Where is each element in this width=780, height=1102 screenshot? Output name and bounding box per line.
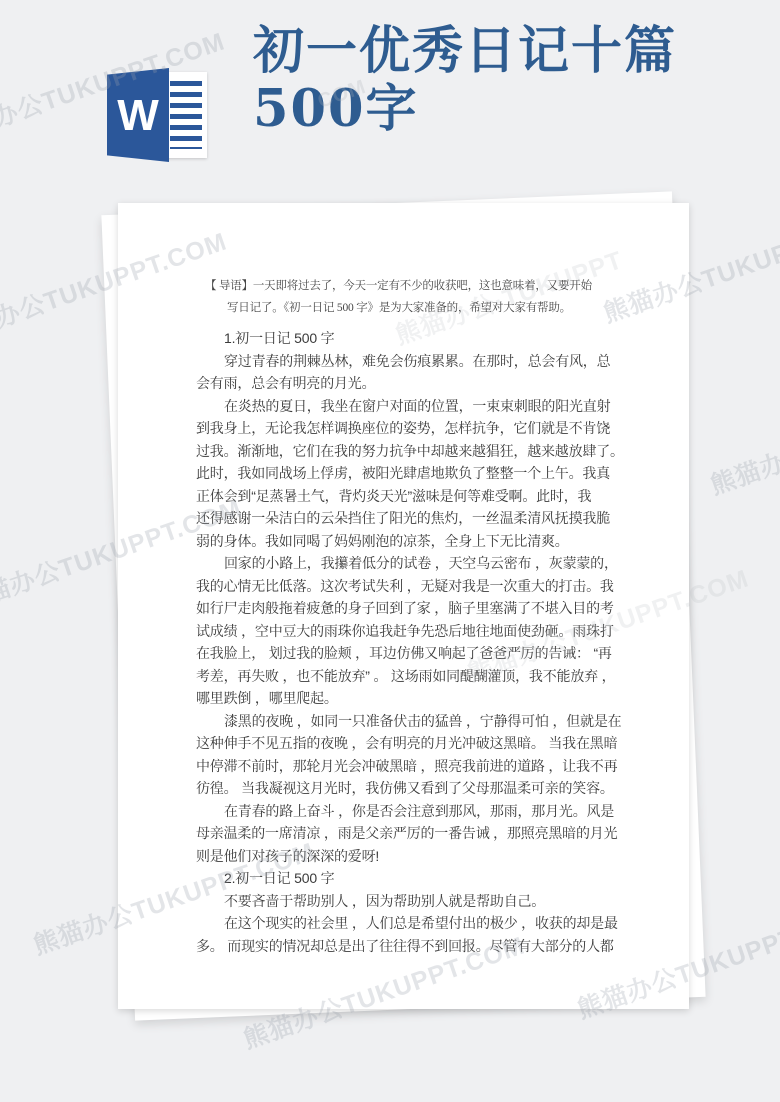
document-preview: 熊猫办公TUKUPPT.COM COM 熊猫办公TUKUPPT.COM 熊猫办公… xyxy=(0,0,780,1102)
doc-line: 中停滞不前时，那轮月光会冲破黑暗 ，照亮我前进的道路 ，让我不再 xyxy=(196,755,612,778)
doc-line: 在青春的路上奋斗 ，你是否会注意到那风，那雨，那月光。风是 xyxy=(196,800,612,823)
doc-line: 不要吝啬于帮助别人 ，因为帮助别人就是帮助自己。 xyxy=(196,890,612,913)
doc-line: 过我。渐渐地，它们在我的努力抗争中却越来越猖狂，越来越放肆了。 xyxy=(196,440,612,463)
intro-line: 写日记了。《初一日记 500 字》是为大家准备的，希望对大家有帮助。 xyxy=(205,297,612,319)
doc-line: 此时，我如同战场上俘虏，被阳光肆虐地欺负了整整一个上午。我真 xyxy=(196,462,612,485)
doc-line: 哪里跌倒 ，哪里爬起。 xyxy=(196,687,612,710)
document-body: 1.初一日记 500 字穿过青春的荆棘丛林，难免会伤痕累累。在那时，总会有风，总… xyxy=(196,327,612,957)
doc-line: 彷徨。 当我凝视这月光时，我仿佛又看到了父母那温柔可亲的笑容。 xyxy=(196,777,612,800)
doc-line: 弱的身体。我如同喝了妈妈刚泡的凉茶，全身上下无比清爽。 xyxy=(196,530,612,553)
section-heading-line: 1.初一日记 500 字 xyxy=(196,327,612,350)
page-title: 初一优秀日记十篇 500字 xyxy=(253,22,753,138)
doc-line: 则是他们对孩子的深深的爱呀! xyxy=(196,845,612,868)
doc-line: 在我脸上， 划过我的脸颊 ，耳边仿佛又响起了爸爸严厉的告诫： “再 xyxy=(196,642,612,665)
doc-line: 漆黑的夜晚 ，如同一只准备伏击的猛兽 ，宁静得可怕 ，但就是在 xyxy=(196,710,612,733)
document-page: 【 导语】一天即将过去了，今天一定有不少的收获吧，这也意味着，又要开始 写日记了… xyxy=(118,203,689,1009)
doc-line: 母亲温柔的一席清凉 ，雨是父亲严厉的一番告诫 ，那照亮黑暗的月光 xyxy=(196,822,612,845)
word-icon-w-shape: W xyxy=(107,68,169,162)
word-icon-document xyxy=(163,72,207,158)
section-heading-line: 2.初一日记 500 字 xyxy=(196,867,612,890)
doc-line: 到我身上，无论我怎样调换座位的姿势，怎样抗争，它们就是不肯饶 xyxy=(196,417,612,440)
doc-line: 正体会到“足蒸暑土气，背灼炎天光”滋味是何等难受啊。此时，我 xyxy=(196,485,612,508)
doc-line: 试成绩 ，空中豆大的雨珠你追我赶争先恐后地往地面使劲砸。雨珠打 xyxy=(196,620,612,643)
doc-line: 在炎热的夏日，我坐在窗户对面的位置，一束束刺眼的阳光直射 xyxy=(196,395,612,418)
word-icon-text-lines xyxy=(170,81,202,149)
doc-line: 考差，再失败 ，也不能放弃” 。 这场雨如同醍醐灌顶，我不能放弃 ， xyxy=(196,665,612,688)
watermark-text: 熊猫办公·TUKUPPT xyxy=(705,390,780,502)
word-icon-letter: W xyxy=(117,92,159,138)
document-intro: 【 导语】一天即将过去了，今天一定有不少的收获吧，这也意味着，又要开始 写日记了… xyxy=(205,275,612,319)
doc-line: 这种伸手不见五指的夜晚 ，会有明亮的月光冲破这黑暗。 当我在黑暗 xyxy=(196,732,612,755)
doc-line: 我的心情无比低落。这次考试失利 ，无疑对我是一次重大的打击。我 xyxy=(196,575,612,598)
doc-line: 穿过青春的荆棘丛林，难免会伤痕累累。在那时，总会有风，总 xyxy=(196,350,612,373)
intro-line: 【 导语】一天即将过去了，今天一定有不少的收获吧，这也意味着，又要开始 xyxy=(205,275,612,297)
doc-line: 多。 而现实的情况却总是出了往往得不到回报。尽管有大部分的人都 xyxy=(196,935,612,958)
page-title-line1: 初一优秀日记十篇 xyxy=(253,22,753,80)
page-title-line2: 500字 xyxy=(253,80,753,138)
document-header: W 初一优秀日记十篇 500字 xyxy=(0,0,780,203)
doc-line: 会有雨，总会有明亮的月光。 xyxy=(196,372,612,395)
doc-line: 如行尸走肉般拖着疲惫的身子回到了家 ，脑子里塞满了不堪入目的考 xyxy=(196,597,612,620)
doc-line: 回家的小路上，我攥着低分的试卷 ，天空乌云密布 ，灰蒙蒙的， xyxy=(196,552,612,575)
doc-line: 在这个现实的社会里 ，人们总是希望付出的极少 ，收获的却是最 xyxy=(196,912,612,935)
word-icon: W xyxy=(105,62,211,164)
doc-line: 还得感谢一朵洁白的云朵挡住了阳光的焦灼，一丝温柔清风抚摸我脆 xyxy=(196,507,612,530)
